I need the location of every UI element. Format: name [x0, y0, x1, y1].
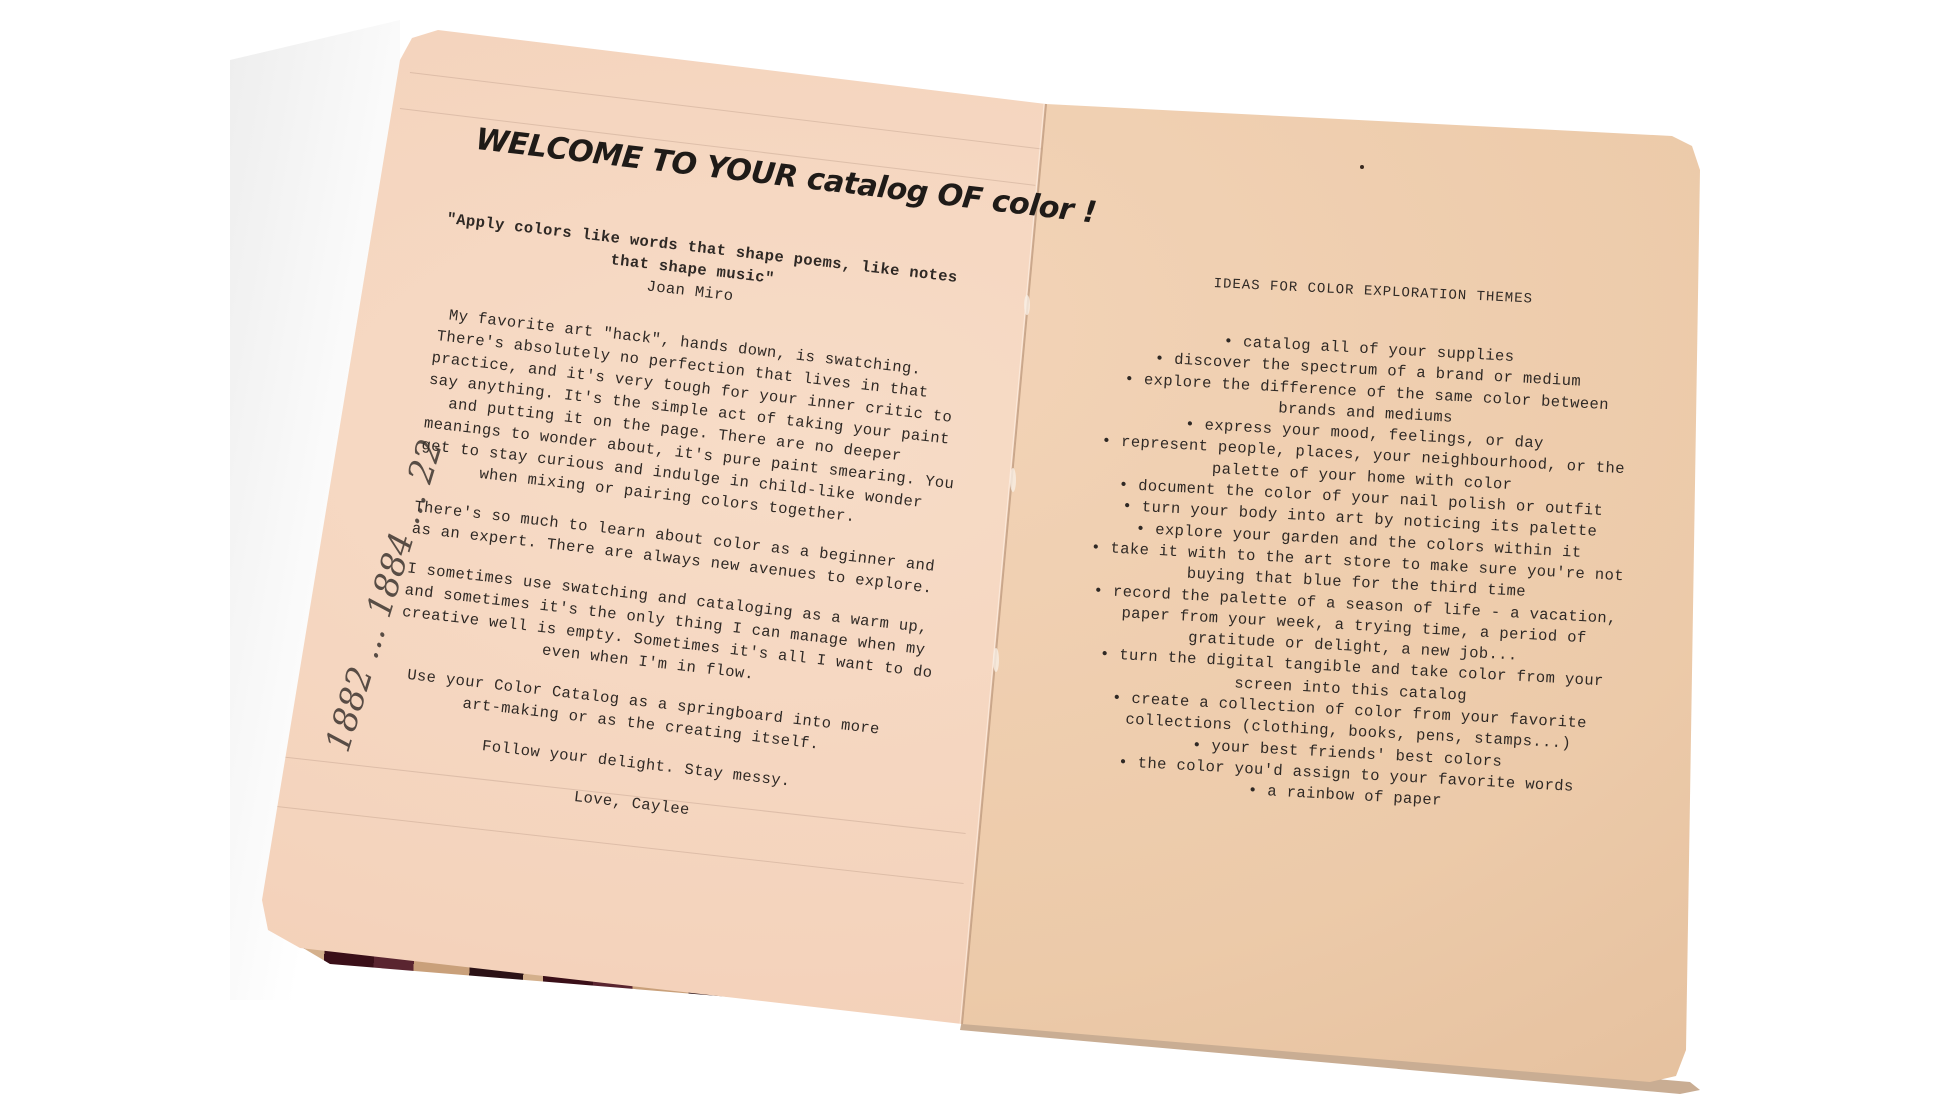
- photo-scene: WELCOME TO YOUR catalog OF color ! "Appl…: [0, 0, 1946, 1104]
- letter-body: My favorite art "hack", hands down, is s…: [380, 303, 935, 861]
- themes-list: • catalog all of your supplies• discover…: [1065, 324, 1650, 822]
